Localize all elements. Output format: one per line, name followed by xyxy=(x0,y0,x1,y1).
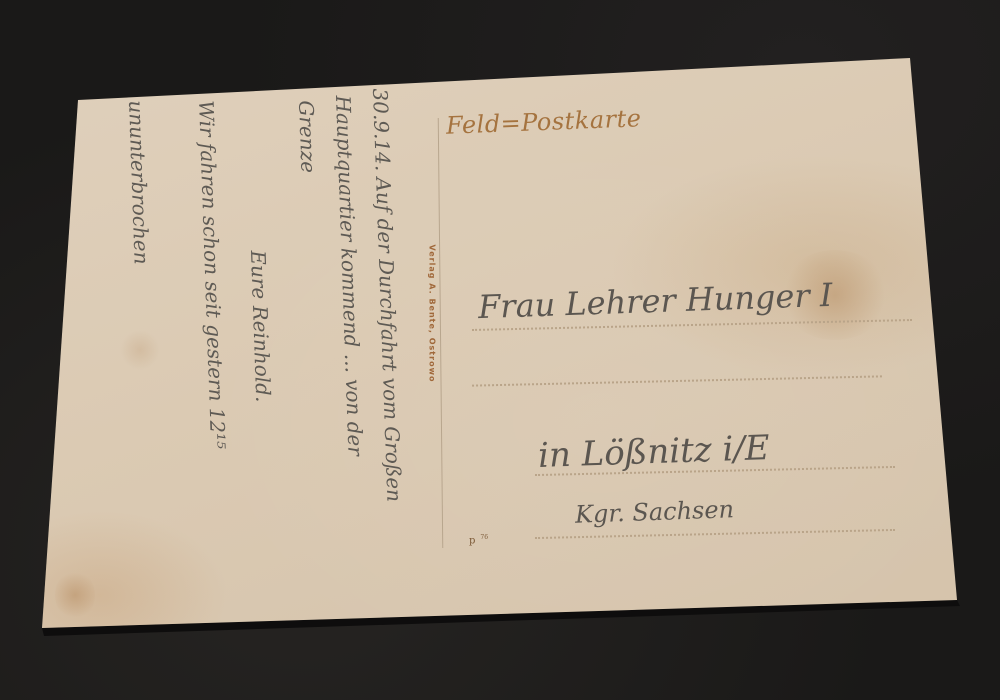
print-code-letter: p xyxy=(469,535,475,546)
print-code: p76 xyxy=(469,534,488,546)
print-code-number: 76 xyxy=(480,534,488,541)
address-region: Kgr. Sachsen xyxy=(575,495,735,529)
message-line-3: Grenze xyxy=(294,100,321,173)
address-city: in Lößnitz i/E xyxy=(537,428,770,476)
publisher-imprint: Verlag A. Bente, Ostrowo xyxy=(428,245,437,365)
age-stain xyxy=(120,330,160,370)
age-stain xyxy=(55,570,95,620)
